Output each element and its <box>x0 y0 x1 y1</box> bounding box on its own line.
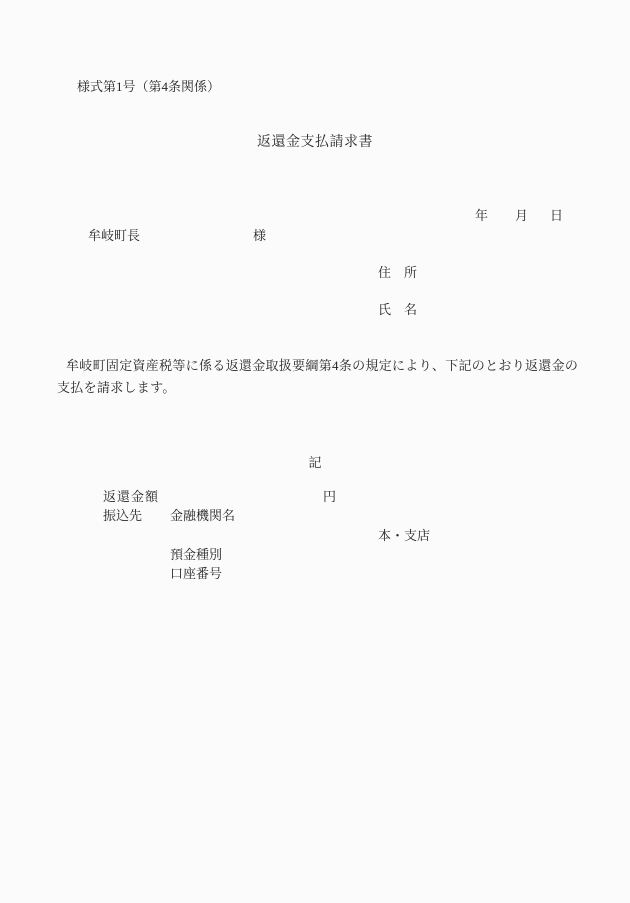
payee-label: 振込先 <box>103 508 142 524</box>
addressee-name: 牟岐町長 <box>88 228 140 244</box>
refund-amount-label: 返還金額 <box>103 489 159 505</box>
addressee-honorific: 様 <box>253 228 266 244</box>
deposit-type-label: 預金種別 <box>170 547 222 563</box>
page-title: 返還金支払請求書 <box>0 135 630 152</box>
branch-label: 本・支店 <box>378 528 430 544</box>
form-number: 様式第1号（第4条関係） <box>77 79 220 95</box>
currency-unit-label: 円 <box>323 489 336 505</box>
financial-institution-label: 金融機関名 <box>170 508 235 524</box>
sender-address-label: 住 所 <box>378 265 417 281</box>
document-page: 様式第1号（第4条関係） 返還金支払請求書 年月日 牟岐町長 様 住 所 氏 名… <box>0 0 630 903</box>
day-label: 日 <box>550 208 563 223</box>
section-marker: 記 <box>0 455 630 471</box>
date-line: 年月日 <box>462 192 563 239</box>
body-paragraph-line-2: 支払を請求します。 <box>57 380 176 396</box>
sender-name-label: 氏 名 <box>378 302 417 318</box>
body-paragraph-line-1: 牟岐町固定資産税等に係る返還金取扱要綱第4条の規定により、下記のとおり返還金の <box>57 358 578 374</box>
year-label: 年 <box>475 208 488 223</box>
account-number-label: 口座番号 <box>170 566 222 582</box>
month-label: 月 <box>515 208 528 223</box>
